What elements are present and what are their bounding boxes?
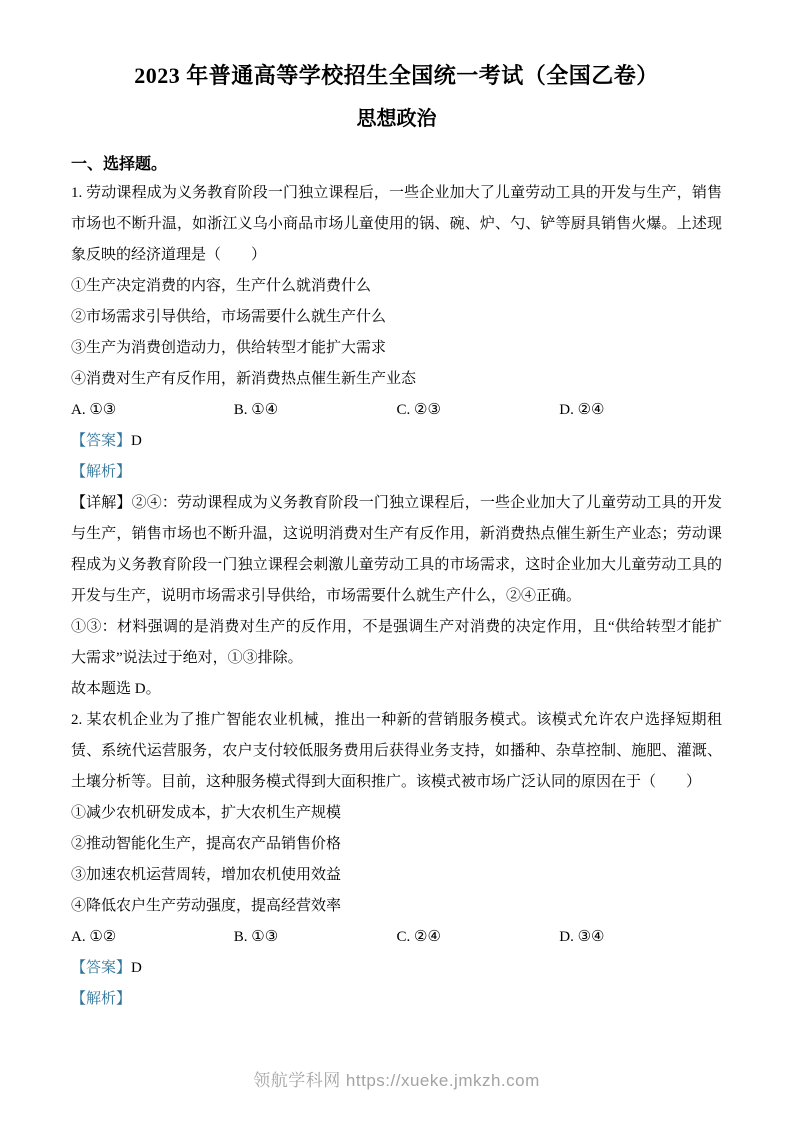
answer-label: 【答案】: [71, 433, 131, 449]
question-1-analysis-line: 【解析】: [71, 457, 722, 488]
question-1-explanation-1: 【详解】②④：劳动课程成为义务教育阶段一门独立课程后，一些企业加大了儿童劳动工具…: [71, 488, 722, 612]
question-2-item-4: ④降低农户生产劳动强度，提高经营效率: [71, 891, 722, 922]
page-title: 2023 年普通高等学校招生全国统一考试（全国乙卷）: [71, 0, 722, 92]
answer-label: 【答案】: [71, 960, 131, 976]
question-1-answer-line: 【答案】D: [71, 426, 722, 457]
question-1-item-2: ②市场需求引导供给，市场需要什么就生产什么: [71, 302, 722, 333]
question-1-item-4: ④消费对生产有反作用，新消费热点催生新生产业态: [71, 364, 722, 395]
question-1-choice-d: D. ②④: [559, 395, 722, 426]
question-2-answer-line: 【答案】D: [71, 953, 722, 984]
question-1-stem: 1. 劳动课程成为义务教育阶段一门独立课程后，一些企业加大了儿童劳动工具的开发与…: [71, 178, 722, 271]
question-1-answer-value: D: [131, 433, 142, 449]
section-heading: 一、选择题。: [71, 152, 722, 178]
question-2-analysis-line: 【解析】: [71, 984, 722, 1015]
question-2-choice-d: D. ③④: [559, 922, 722, 953]
document-page: 2023 年普通高等学校招生全国统一考试（全国乙卷） 思想政治 一、选择题。 1…: [0, 0, 793, 1122]
question-1-explanation-2: ①③：材料强调的是消费对生产的反作用，不是强调生产对消费的决定作用，且“供给转型…: [71, 612, 722, 674]
question-2-choice-b: B. ①③: [234, 922, 397, 953]
analysis-label: 【解析】: [71, 464, 131, 480]
question-1-choices: A. ①③ B. ①④ C. ②③ D. ②④: [71, 395, 722, 426]
question-2-choice-a: A. ①②: [71, 922, 234, 953]
analysis-label: 【解析】: [71, 991, 131, 1007]
question-1-item-1: ①生产决定消费的内容，生产什么就消费什么: [71, 271, 722, 302]
question-1-choice-a: A. ①③: [71, 395, 234, 426]
question-2-item-3: ③加速农机运营周转，增加农机使用效益: [71, 860, 722, 891]
question-2-item-2: ②推动智能化生产，提高农产品销售价格: [71, 829, 722, 860]
question-1-explanation-3: 故本题选 D。: [71, 674, 722, 705]
question-1-item-3: ③生产为消费创造动力，供给转型才能扩大需求: [71, 333, 722, 364]
watermark: 领航学科网 https://xueke.jmkzh.com: [0, 1066, 793, 1091]
question-2-choices: A. ①② B. ①③ C. ②④ D. ③④: [71, 922, 722, 953]
question-2-choice-c: C. ②④: [397, 922, 560, 953]
question-1-choice-b: B. ①④: [234, 395, 397, 426]
page-subtitle: 思想政治: [71, 104, 722, 134]
question-2-stem: 2. 某农机企业为了推广智能农业机械，推出一种新的营销服务模式。该模式允许农户选…: [71, 705, 722, 798]
question-2-item-1: ①减少农机研发成本，扩大农机生产规模: [71, 798, 722, 829]
question-1-choice-c: C. ②③: [397, 395, 560, 426]
question-2-answer-value: D: [131, 960, 142, 976]
